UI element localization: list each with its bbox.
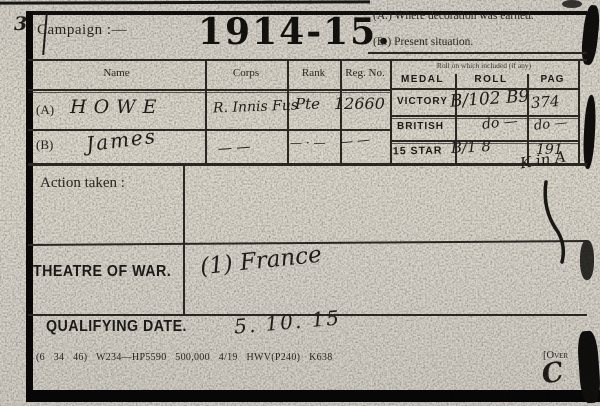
row-b-reg-no: — — xyxy=(339,134,370,150)
margin-pen-stroke xyxy=(540,180,574,264)
row-divider xyxy=(28,129,390,131)
card-border-bottom xyxy=(26,390,600,402)
medal-row-british: BRITISH xyxy=(397,122,444,133)
action-taken-label: Action taken : xyxy=(40,176,125,192)
scan-edge-blob xyxy=(580,240,594,280)
row-b-name: James xyxy=(85,126,158,155)
scan-edge-blob xyxy=(562,0,582,8)
col-header-rank: Rank xyxy=(287,68,340,80)
row-a-rank: Pte xyxy=(295,97,320,113)
row-a-corps: R. Innis Fus xyxy=(213,99,299,117)
medal-index-card: 3 Campaign :— 1914-15. (A.) Where decora… xyxy=(0,0,600,406)
table-border-bottom xyxy=(28,163,587,166)
corner-mark: 3 xyxy=(14,15,27,35)
row-b-label: (B) xyxy=(36,138,53,152)
qualifying-date-entry: 5. 10. 15 xyxy=(233,307,341,337)
col-header-medal: MEDAL xyxy=(390,75,455,86)
header-rule-double xyxy=(28,92,390,93)
col-header-page: PAG xyxy=(527,75,578,86)
star-roll-entry: B/1 8 xyxy=(451,139,492,157)
table-border-top xyxy=(28,59,587,61)
scan-edge-blob xyxy=(582,95,597,169)
bottom-pen-mark: C xyxy=(540,358,566,390)
british-page-entry: do — xyxy=(533,116,568,133)
row-b-corps: — — xyxy=(218,140,251,157)
victory-roll-entry: B/102 B9 xyxy=(449,88,529,111)
note-present-situation: (B.) Present situation. xyxy=(373,36,473,48)
theatre-of-war-label: THEATRE OF WAR. xyxy=(33,264,171,280)
col-header-corps: Corps xyxy=(205,68,287,80)
roll-note: Roll on which included (if any) xyxy=(392,62,576,70)
row-a-name: HOWE xyxy=(70,98,164,118)
printer-imprint: (6 34 46) W234—HP5590 500,000 4/19 HWV(P… xyxy=(36,353,333,364)
col-header-roll: ROLL xyxy=(455,75,527,86)
header-rule xyxy=(28,89,390,91)
row-a-label: (A) xyxy=(36,103,54,117)
qualifying-date-label: QUALIFYING DATE. xyxy=(46,319,187,335)
theatre-of-war-entry: (1) France xyxy=(199,243,323,280)
rule-under-note-b xyxy=(368,52,587,54)
medal-block-right-border xyxy=(578,59,580,166)
row-b-rank: — · — xyxy=(290,137,325,150)
card-title: 1914-15. xyxy=(198,14,392,52)
section-divider-vertical xyxy=(183,165,185,316)
scan-edge-top xyxy=(0,0,370,4)
medal-row-victory: VICTORY xyxy=(397,97,448,108)
row-a-reg-no: 12660 xyxy=(334,96,385,113)
victory-page-entry: 374 xyxy=(530,94,560,112)
medal-row-star: 15 STAR xyxy=(393,146,443,158)
campaign-label: Campaign :— xyxy=(37,23,127,39)
note-where-earned: (A.) Where decoration was earned. xyxy=(373,10,534,22)
british-roll-entry: do — xyxy=(481,114,518,132)
col-header-reg-no: Reg. No. xyxy=(340,68,390,80)
col-header-name: Name xyxy=(28,68,205,80)
killed-in-action-note: K in A xyxy=(519,149,567,172)
